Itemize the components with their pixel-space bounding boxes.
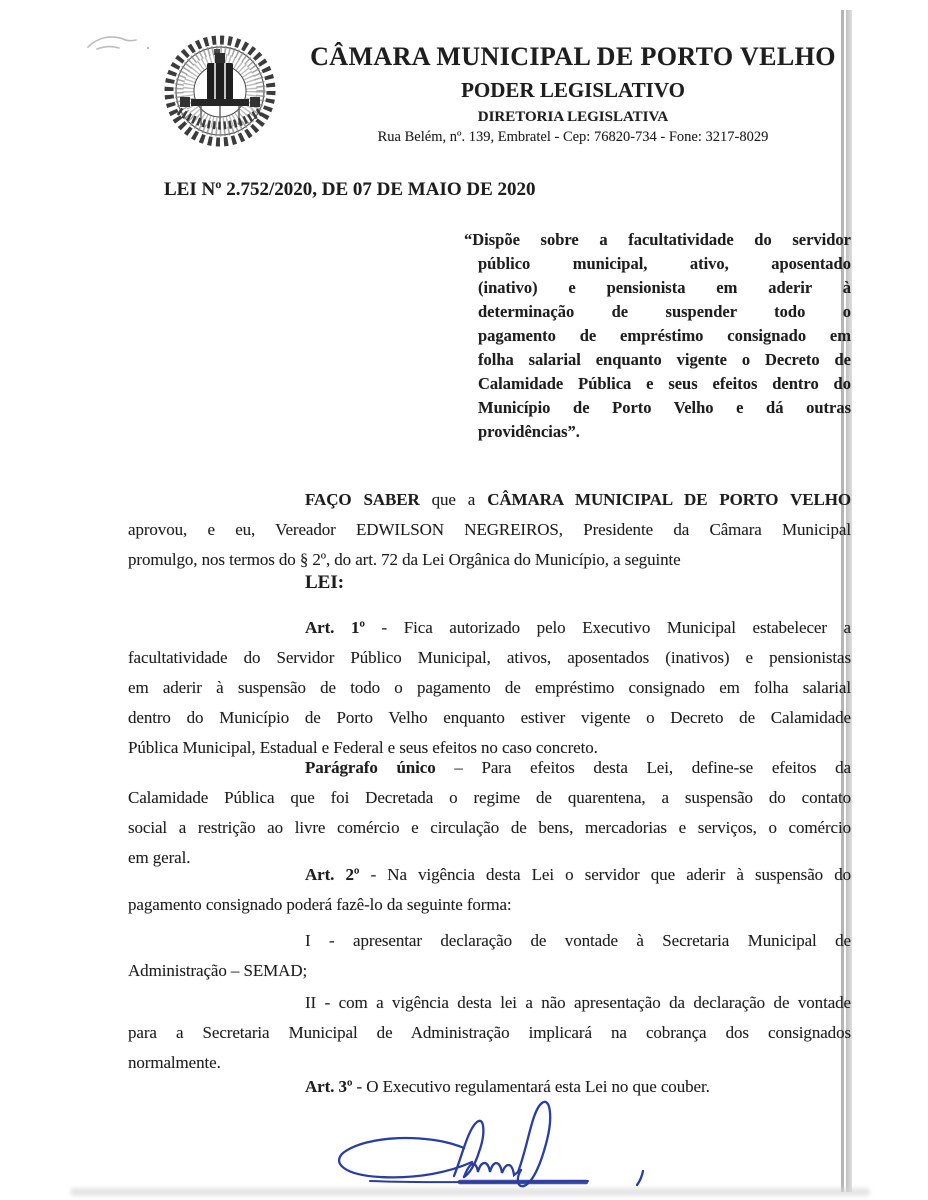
ementa-summary: “Dispõe sobre a facultatividade do servi…	[464, 228, 851, 444]
text-line: Município de Porto Velho e dá outras	[478, 396, 851, 420]
text-line: pagamento de empréstimo consignado em	[478, 324, 851, 348]
text-line: Art. 2º - Na vigência desta Lei o servid…	[128, 860, 851, 890]
text-line: facultatividade do Servidor Público Muni…	[128, 643, 851, 673]
text-line: providências”.	[478, 420, 851, 444]
text-line: promulgo, nos termos do § 2º, do art. 72…	[128, 545, 851, 575]
text-line: Calamidade Pública que foi Decretada o r…	[128, 783, 851, 813]
law-heading: LEI:	[305, 572, 344, 594]
text-line: I - apresentar declaração de vontade à S…	[128, 926, 851, 956]
article-2: Art. 2º - Na vigência desta Lei o servid…	[128, 860, 851, 920]
text-line: dentro do Município de Porto Velho enqua…	[128, 703, 851, 733]
text-line: Administração – SEMAD;	[128, 956, 851, 986]
camara-seal-icon	[157, 33, 284, 155]
signature-ink	[330, 1098, 660, 1196]
text-line: (inativo) e pensionista em aderir à	[478, 276, 851, 300]
scanned-law-document-page: CÂMARA MUNICIPAL DE PORTO VELHO PODER LE…	[0, 0, 928, 1200]
preamble-paragraph: FAÇO SABER que a CÂMARA MUNICIPAL DE POR…	[128, 485, 851, 575]
text-line: Parágrafo único – Para efeitos desta Lei…	[128, 753, 851, 783]
branch-name: PODER LEGISLATIVO	[295, 78, 851, 102]
paragrafo-unico: Parágrafo único – Para efeitos desta Lei…	[128, 753, 851, 873]
text-line: social a restrição ao livre comércio e c…	[128, 813, 851, 843]
text-line: para a Secretaria Municipal de Administr…	[128, 1018, 851, 1048]
text-line: “Dispõe sobre a facultatividade do servi…	[478, 228, 851, 252]
text-line: Calamidade Pública e seus efeitos dentro…	[478, 372, 851, 396]
article-1: Art. 1º - Fica autorizado pelo Executivo…	[128, 613, 851, 763]
text-line: folha salarial enquanto vigente o Decret…	[478, 348, 851, 372]
text-line: em aderir à suspensão de todo o pagament…	[128, 673, 851, 703]
text-line: pagamento consignado poderá fazê-lo da s…	[128, 890, 851, 920]
article-2-item-ii: II - com a vigência desta lei a não apre…	[128, 988, 851, 1078]
pencil-mark	[84, 30, 156, 60]
text-line: II - com a vigência desta lei a não apre…	[128, 988, 851, 1018]
text-line: público municipal, ativo, aposentado	[478, 252, 851, 276]
organization-name: CÂMARA MUNICIPAL DE PORTO VELHO	[295, 42, 851, 72]
law-number-title: LEI Nº 2.752/2020, DE 07 DE MAIO DE 2020	[164, 179, 536, 201]
text-line: Art. 1º - Fica autorizado pelo Executivo…	[128, 613, 851, 643]
text-line: determinação de suspender todo o	[478, 300, 851, 324]
letterhead: CÂMARA MUNICIPAL DE PORTO VELHO PODER LE…	[295, 42, 851, 146]
address-line: Rua Belém, nº. 139, Embratel - Cep: 7682…	[295, 129, 851, 146]
department-name: DIRETORIA LEGISLATIVA	[295, 109, 851, 126]
article-2-item-i: I - apresentar declaração de vontade à S…	[128, 926, 851, 986]
text-line: FAÇO SABER que a CÂMARA MUNICIPAL DE POR…	[128, 485, 851, 515]
text-line: aprovou, e eu, Vereador EDWILSON NEGREIR…	[128, 515, 851, 545]
